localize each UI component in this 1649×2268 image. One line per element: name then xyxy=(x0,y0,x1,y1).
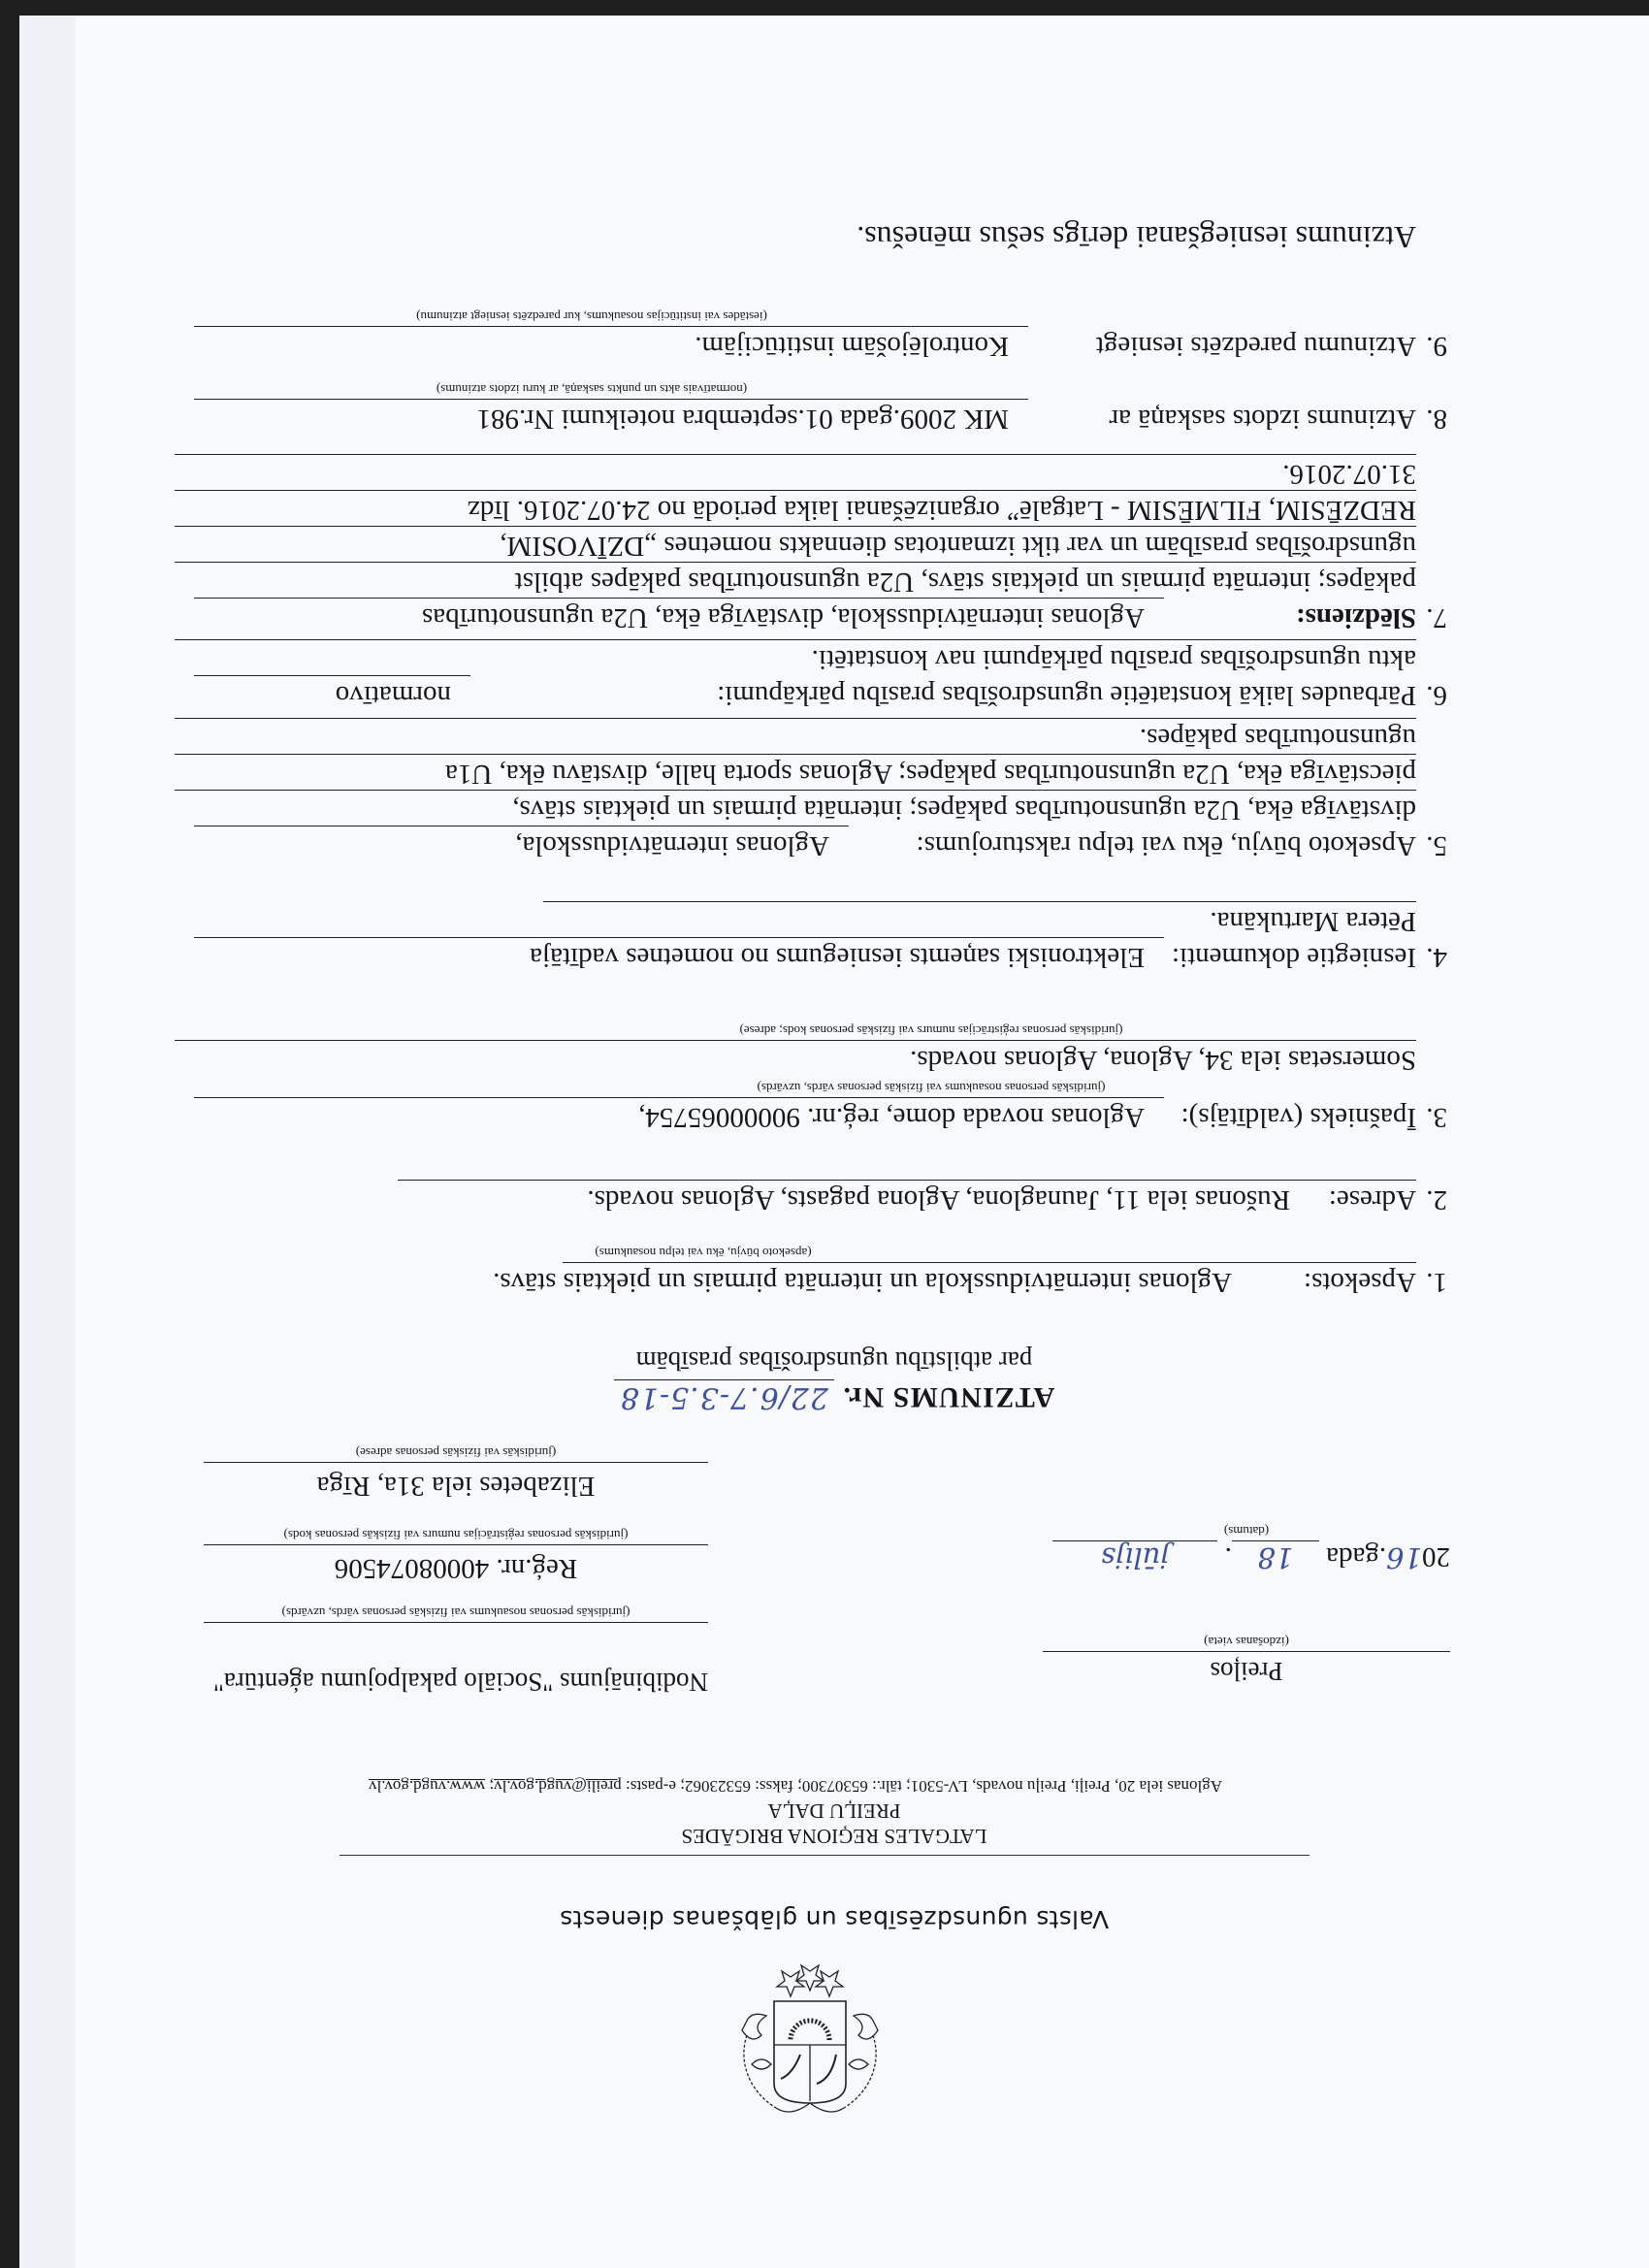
item-underline xyxy=(175,562,1416,563)
header-divider xyxy=(339,1855,1309,1856)
document-title: ATZINUMS Nr. 22/6.7-3.5-18 xyxy=(19,1380,1649,1414)
item-label: Iesniegtie dokumenti: xyxy=(1172,941,1416,973)
contacts-separator: ; xyxy=(485,1777,494,1796)
item-value: Aglonas internātvidusskola, xyxy=(515,829,829,861)
recipient-reg-line xyxy=(204,1544,708,1545)
item-caption: (iestādes vai institūcijas nosaukums, ku… xyxy=(175,309,1009,324)
brigade-name: LATGALES REĢIONA BRIGĀDES xyxy=(19,1824,1649,1849)
item-value: Aglonas internātvidusskola un internāta … xyxy=(493,1266,1232,1298)
item-underline xyxy=(194,937,1164,938)
item-underline xyxy=(398,1180,1416,1181)
item-label: Adrese: xyxy=(1329,1183,1416,1215)
gada-label: .gada xyxy=(1326,1541,1386,1572)
page: Valsts ugunsdzēsības un glābšanas dienes… xyxy=(19,16,1649,2268)
year-handwritten: 16 xyxy=(1386,1541,1422,1574)
date-caption: (datums) xyxy=(1203,1524,1290,1539)
item-underline xyxy=(175,454,1416,455)
item-value: ugunsdrošības prasībām un var tikt izman… xyxy=(500,530,1416,562)
item-underline xyxy=(543,901,1416,902)
item-caption: (juridiskās personas nosaukums vai fizis… xyxy=(446,1081,1416,1095)
item-number: 9. xyxy=(1426,330,1447,362)
item-underline xyxy=(194,826,849,826)
item-value: piecstāvīga ēka, U2a ugunsnoturības pakā… xyxy=(445,758,1416,790)
issue-date: 2016.gada 18. jūlijs xyxy=(907,1540,1450,1574)
item-number: 4. xyxy=(1426,941,1447,973)
item-underline xyxy=(194,326,1028,327)
year-prefix: 20 xyxy=(1422,1541,1450,1572)
item-value: MK 2009.gada 01.septembra noteikumi Nr.9… xyxy=(477,403,1010,435)
item-underline xyxy=(175,526,1416,527)
item-value: 31.07.2016. xyxy=(1282,458,1416,490)
recipient-name-line xyxy=(204,1622,708,1623)
month-handwritten: jūlijs xyxy=(1052,1540,1217,1574)
validity-note: Atzinums iesniegšanai derīgs sešus mēneš… xyxy=(857,219,1416,255)
document-subtitle: par atbilstību ugunsdrošības prasībām xyxy=(19,1345,1649,1376)
item-label: Slēdziens: xyxy=(1296,601,1416,633)
item-label: Pārbaudes laikā konstatētie ugunsdrošība… xyxy=(717,679,1416,711)
item-underline xyxy=(175,490,1416,491)
item-underline xyxy=(194,399,1028,400)
item-label: Atzinumu paredzēts iesniegt xyxy=(1096,330,1416,362)
recipient-name-caption: (juridiskās personas nosaukums vai fizis… xyxy=(204,1605,708,1620)
issue-place: Preiļos xyxy=(1043,1656,1450,1686)
item-label: Apsekoto būvju, ēku vai telpu raksturoju… xyxy=(917,829,1417,861)
item-value: normatīvo xyxy=(336,679,451,711)
item-number: 1. xyxy=(1426,1266,1447,1298)
issue-place-caption: (izdošanas vieta) xyxy=(1043,1635,1450,1649)
item-underline xyxy=(175,1040,1416,1041)
item-underline xyxy=(175,790,1416,791)
recipient-address-line xyxy=(204,1462,708,1463)
item-underline xyxy=(563,1262,1416,1263)
document-number-handwritten: 22/6.7-3.5-18 xyxy=(614,1379,834,1414)
item-underline xyxy=(175,718,1416,719)
item-number: 8. xyxy=(1426,403,1447,435)
item-value: pakāpes; internāta pirmais un piektais s… xyxy=(515,566,1416,598)
item-number: 6. xyxy=(1426,679,1447,711)
website-link[interactable]: www.vugd.gov.lv xyxy=(369,1777,485,1796)
recipient-address-caption: (juridiskās vai fiziskās personas adrese… xyxy=(204,1445,708,1460)
item-underline xyxy=(194,675,470,676)
contacts-line: Aglonas iela 20, Preiļi, Preiļu novads, … xyxy=(155,1776,1436,1796)
item-number: 2. xyxy=(1426,1183,1447,1215)
brigade-block: LATGALES REĢIONA BRIGĀDES PREIĻU DAĻA xyxy=(19,1798,1649,1849)
item-number: 3. xyxy=(1426,1101,1447,1133)
contacts-text: Aglonas iela 20, Preiļi, Preiļu novads, … xyxy=(622,1777,1222,1796)
item-value: ugunsnoturības pakāpes. xyxy=(1140,722,1416,754)
item-underline xyxy=(194,598,1164,599)
item-value: REDZĒSIM, FILMĒSIM - Latgalē” organizēša… xyxy=(468,494,1416,526)
item-label: Īpašnieks (valdītājs): xyxy=(1181,1101,1416,1133)
recipient-name: Nodibinājums "Sociālo pakalpojumu aģentū… xyxy=(204,1669,708,1696)
item-value: Aglonas novada dome, reģ.nr. 90000065754… xyxy=(638,1101,1145,1133)
item-value: Elektroniski saņemts iesniegums no nomet… xyxy=(530,941,1145,973)
agency-name: Valsts ugunsdzēsības un glābšanas dienes… xyxy=(19,1905,1649,1933)
item-value: Rušonas iela 11, Jaunaglona, Aglona paga… xyxy=(587,1183,1290,1215)
item-number: 5. xyxy=(1426,829,1447,861)
item-value: Pētera Martukāna. xyxy=(1210,905,1416,937)
coat-of-arms-icon xyxy=(737,1958,883,2122)
title-label: ATZINUMS Nr. xyxy=(842,1381,1054,1413)
item-value: Aglonas internātvidusskola, divstāvīga ē… xyxy=(422,601,1145,633)
item-underline xyxy=(194,1097,1164,1098)
item-value: Kontrolējošām institūcijām. xyxy=(695,330,1009,362)
recipient-address: Elizabetes iela 31a, Rīga xyxy=(204,1470,708,1502)
recipient-reg-caption: (juridiskās personas reģistrācijas numur… xyxy=(204,1528,708,1542)
day-handwritten: 18 xyxy=(1232,1540,1319,1574)
item-caption: (juridiskās personas reģistrācijas numur… xyxy=(446,1023,1416,1038)
item-label: Atzinums izdots saskaņā ar xyxy=(1109,403,1416,435)
item-value: divstāvīga ēka, U2a ugunsnoturības pakāp… xyxy=(512,794,1416,826)
issue-place-line xyxy=(1043,1651,1450,1652)
item-value: Somersetas iela 34, Aglona, Aglonas nova… xyxy=(910,1044,1416,1076)
item-underline xyxy=(175,754,1416,755)
division-name: PREIĻU DAĻA xyxy=(19,1798,1649,1824)
recipient-reg: Reģ.nr. 40008074506 xyxy=(204,1552,708,1584)
scanned-document-rotated: Valsts ugunsdzēsības un glābšanas dienes… xyxy=(0,0,1649,2268)
item-caption: (apsekoto būvju, ēku vai telpu nosaukums… xyxy=(175,1246,1232,1260)
item-caption: (normatīvais akts un punkts saskaņā, ar … xyxy=(175,382,1009,397)
item-underline xyxy=(175,639,1416,640)
email-link[interactable]: preili@vugd.gov.lv xyxy=(494,1777,622,1796)
item-number: 7. xyxy=(1426,601,1447,633)
item-value: aktu ugunsdrošības prasību pārkāpumi nav… xyxy=(812,643,1416,675)
item-label: Apsekots: xyxy=(1304,1266,1416,1298)
